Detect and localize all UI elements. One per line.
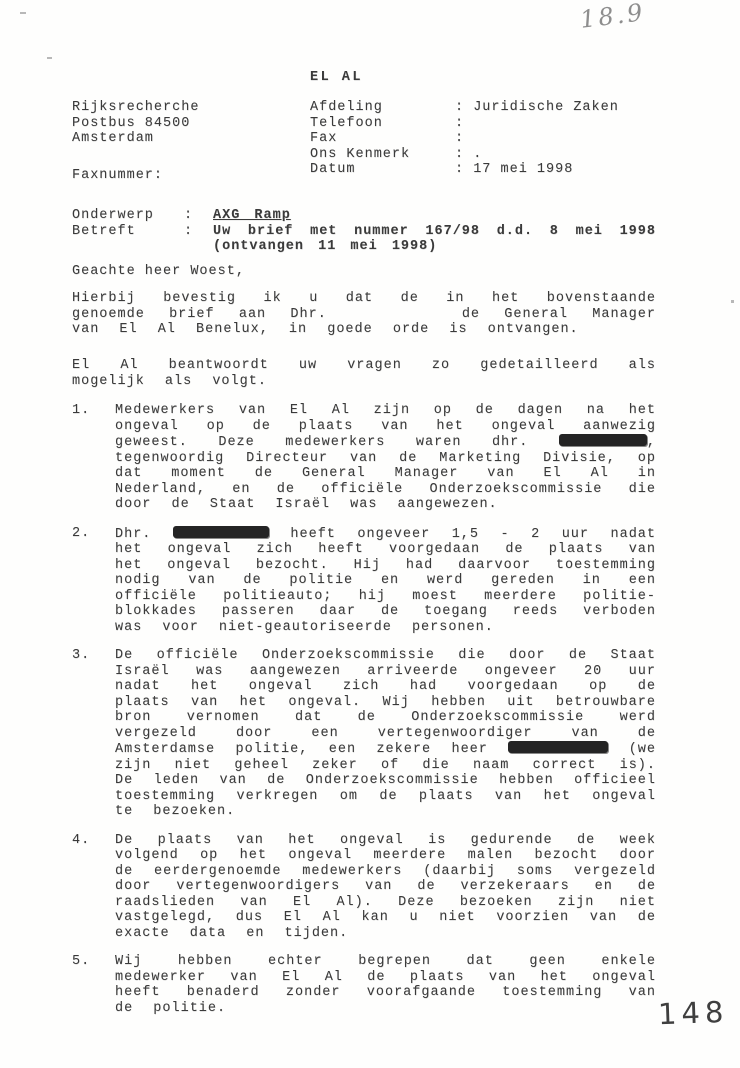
numbered-item: 2.Dhr. heeft ongeveer 1,5 - 2 uur nadat … [72,526,656,636]
paragraph-confirmation: Hierbij bevestig ik u dat de in het bove… [72,291,656,338]
scan-artifact [47,57,52,59]
item-number: 1. [72,403,115,513]
meta-label: Datum [310,162,455,178]
letterhead-meta-block: Afdeling: Juridische ZakenTelefoon:Fax:O… [310,100,619,178]
addressee-line: Amsterdam [72,131,199,147]
addressee-block: RijksrecherchePostbus 84500Amsterdam [72,100,199,147]
subject-colon: : [184,224,213,255]
item-number: 3. [72,648,115,820]
subject-colon: : [184,208,213,224]
item-text: De officiële Onderzoekscommissie die doo… [115,648,656,820]
scanned-letter-page: 18.9 EL AL RijksrecherchePostbus 84500Am… [0,0,740,1068]
meta-value: : . [455,147,482,163]
letterhead-meta-row: Ons Kenmerk: . [310,147,619,163]
item-number: 2. [72,526,115,636]
item-number: 5. [72,954,115,1016]
redaction-bar [173,526,269,538]
meta-label: Fax [310,131,455,147]
numbered-item: 4.De plaats van het ongeval is gedurende… [72,833,656,942]
paragraph-intro: El Al beantwoordt uw vragen zo gedetaill… [72,358,656,389]
company-title: EL AL [310,70,363,86]
numbered-item: 1.Medewerkers van El Al zijn op de dagen… [72,403,656,513]
redaction-bar [559,434,647,446]
addressee-line: Rijksrecherche [72,100,199,116]
item-text: Wij hebben echter begrepen dat geen enke… [115,954,656,1016]
meta-value: : 17 mei 1998 [455,162,573,178]
subject-value: AXG Ramp [213,208,656,224]
redaction-gap [327,316,462,317]
addressee-line: Postbus 84500 [72,116,199,132]
numbered-item: 5.Wij hebben echter begrepen dat geen en… [72,954,656,1016]
meta-label: Afdeling [310,100,455,116]
meta-value: : [455,131,464,147]
meta-label: Ons Kenmerk [310,147,455,163]
letterhead-meta-row: Telefoon: [310,116,619,132]
letterhead-meta-row: Fax: [310,131,619,147]
item-number: 4. [72,833,115,942]
letterhead-meta-row: Afdeling: Juridische Zaken [310,100,619,116]
subject-row: Betreft:Uw brief met nummer 167/98 d.d. … [72,224,656,255]
subject-block: Onderwerp:AXG RampBetreft:Uw brief met n… [72,208,656,255]
page-number: 148 [657,995,729,1031]
fax-number-label: Faxnummer: [72,168,163,184]
subject-value: Uw brief met nummer 167/98 d.d. 8 mei 19… [213,224,656,255]
item-text: Dhr. heeft ongeveer 1,5 - 2 uur nadat he… [115,526,656,636]
meta-label: Telefoon [310,116,455,132]
numbered-answer-list: 1.Medewerkers van El Al zijn op de dagen… [72,403,656,1029]
subject-label: Betreft [72,224,184,255]
subject-row: Onderwerp:AXG Ramp [72,208,656,224]
numbered-item: 3.De officiële Onderzoekscommissie die d… [72,648,656,820]
handwritten-annotation: 18.9 [579,0,647,34]
letterhead-meta-row: Datum: 17 mei 1998 [310,162,619,178]
subject-label: Onderwerp [72,208,184,224]
meta-value: : [455,116,464,132]
salutation: Geachte heer Woest, [72,264,245,280]
meta-value: : Juridische Zaken [455,100,619,116]
item-text: Medewerkers van El Al zijn op de dagen n… [115,403,656,513]
scan-artifact [731,300,734,303]
item-text: De plaats van het ongeval is gedurende d… [115,833,656,942]
scan-artifact [20,12,26,14]
redaction-bar [508,741,608,753]
